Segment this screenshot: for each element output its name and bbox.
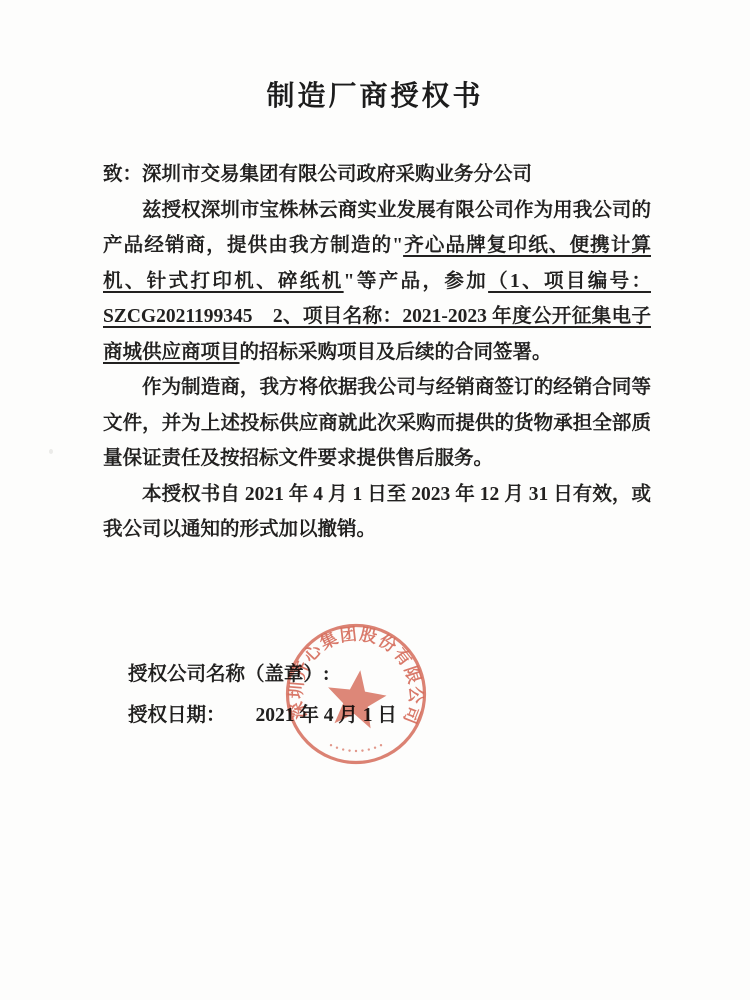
recipient-label: 致： [103,164,142,185]
scan-artifact [49,449,53,454]
document-title: 制造厂商授权书 [0,74,750,114]
authorization-date-line: 授权日期：2021 年 4 月 1 日 [128,703,548,729]
seal-serial-dots [330,744,382,752]
company-seal-line: 授权公司名称（盖章）: [128,662,548,688]
paragraph-validity: 本授权书自 2021 年 4 月 1 日至 2023 年 12 月 31 日有效… [103,477,651,548]
paragraph-responsibility: 作为制造商，我方将依据我公司与经销商签订的经销合同等文件，并为上述投标供应商就此… [103,370,651,477]
paragraph-authorization: 兹授权深圳市宝株林云商实业发展有限公司作为用我公司的产品经销商，提供由我方制造的… [103,193,651,371]
p1-segment-end: 的招标采购项目及后续的合同签署。 [240,342,552,363]
date-value: 2021 年 4 月 1 日 [256,705,397,726]
recipient-line: 致：深圳市交易集团有限公司政府采购业务分公司 [103,157,651,193]
p1-segment-middle: "等产品，参加 [344,271,488,292]
scanned-authorization-letter: 制造厂商授权书 致：深圳市交易集团有限公司政府采购业务分公司 兹授权深圳市宝株林… [0,0,750,1000]
date-label: 授权日期： [128,705,226,726]
recipient-name: 深圳市交易集团有限公司政府采购业务分公司 [142,164,532,185]
document-body: 致：深圳市交易集团有限公司政府采购业务分公司 兹授权深圳市宝株林云商实业发展有限… [103,157,651,548]
signature-block: 授权公司名称（盖章）: 授权日期：2021 年 4 月 1 日 [128,662,548,744]
